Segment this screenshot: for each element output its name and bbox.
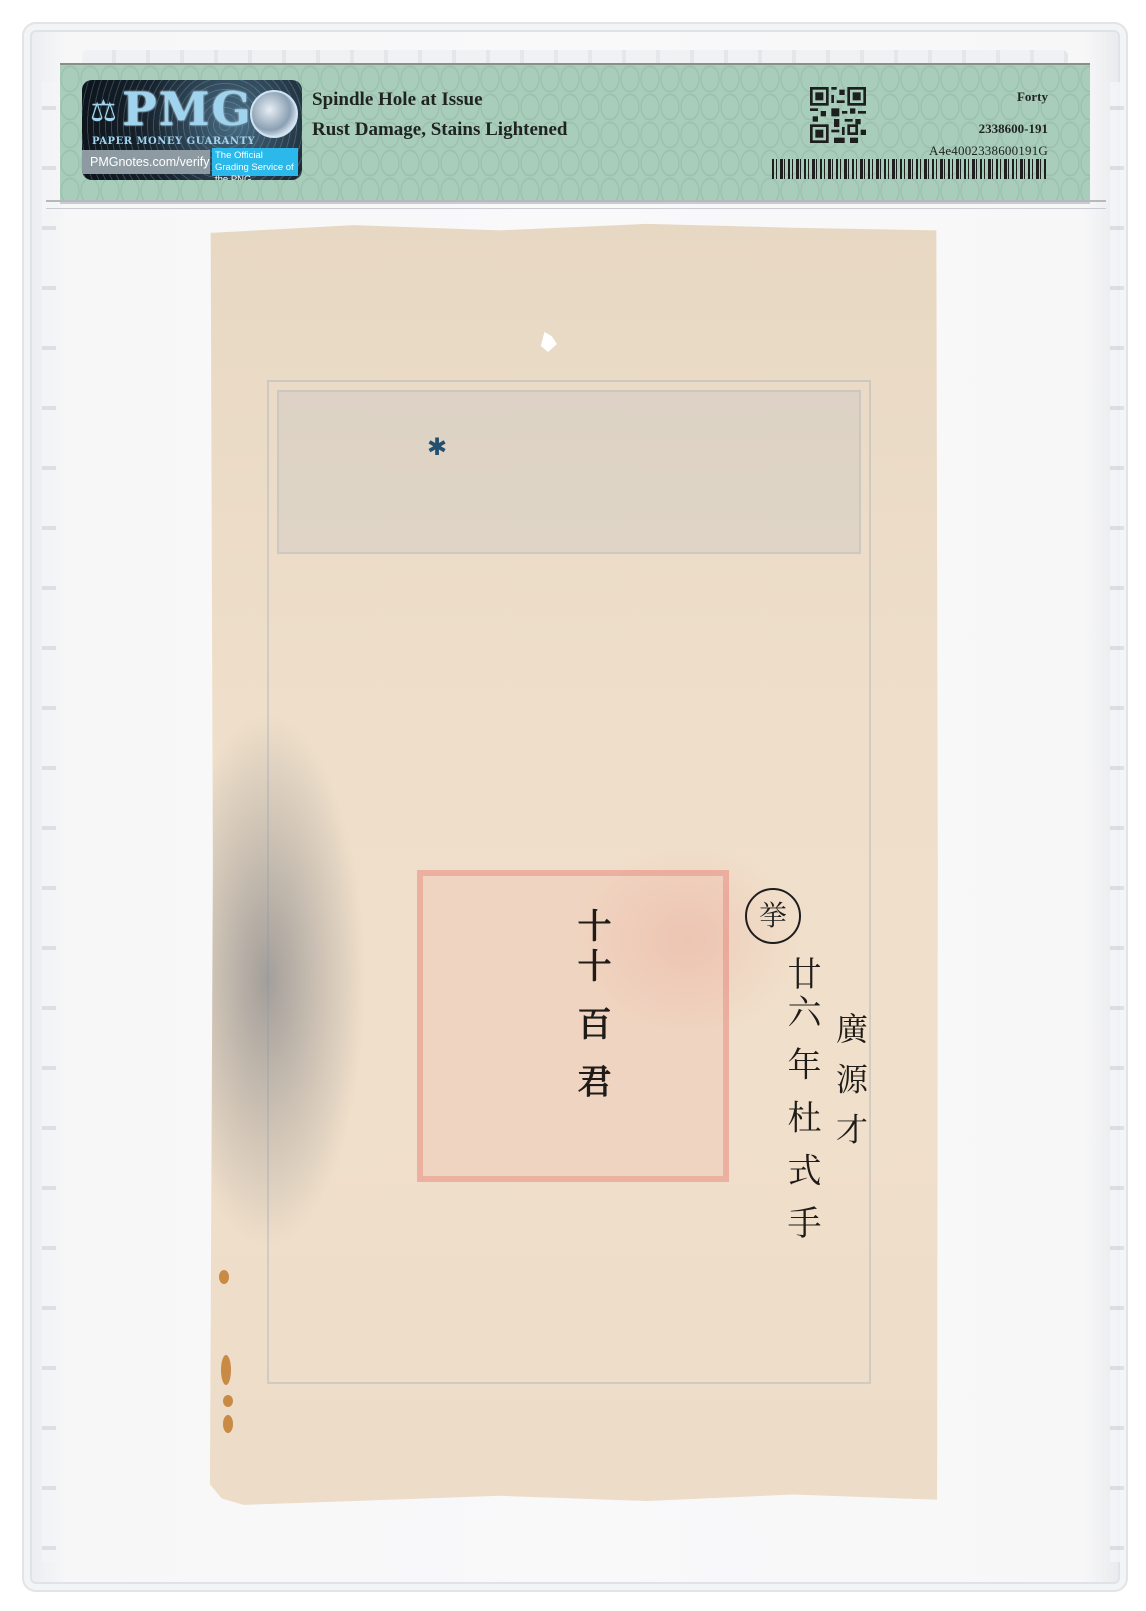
qr-code-icon — [810, 87, 866, 143]
inscription-right-1: 廿六 年 杜 式 手 — [777, 956, 826, 1243]
inscription-right-2: 廣 源 才 — [827, 1012, 873, 1148]
hologram-seal-icon — [250, 90, 298, 138]
rust-spot — [219, 1270, 229, 1284]
pmg-hologram: ⚖ PMG PAPER MONEY GUARANTY PMGnotes.com/… — [82, 80, 302, 180]
scales-icon: ⚖ — [90, 94, 117, 129]
spindle-hole — [539, 332, 557, 352]
rust-spot — [221, 1355, 231, 1385]
rust-spot — [223, 1415, 233, 1433]
comment-line: Rust Damage, Stains Lightened — [312, 115, 567, 145]
banknote: ✱ 挙 十十 百 君 廿六 年 杜 式 手 廣 源 才 — [207, 220, 940, 1510]
grade-word: Forty — [929, 89, 1048, 121]
rust-spot — [223, 1395, 233, 1407]
cert-number: 2338600-191 — [929, 121, 1048, 143]
pmg-logo: PMG — [122, 82, 253, 136]
circle-stamp: 挙 — [745, 888, 801, 944]
grading-label: ⚖ PMG PAPER MONEY GUARANTY PMGnotes.com/… — [60, 63, 1090, 202]
slab-ridge-right — [1110, 82, 1124, 1562]
comment-line: Spindle Hole at Issue — [312, 85, 567, 115]
official-service-text: The Official Grading Service of the PNG — [212, 148, 298, 176]
ink-blot-icon: ✱ — [427, 435, 451, 461]
hologram-subtitle: PAPER MONEY GUARANTY — [92, 136, 255, 147]
faded-print-header — [277, 390, 861, 554]
label-comments: Spindle Hole at Issue Rust Damage, Stain… — [312, 85, 567, 145]
verify-url: PMGnotes.com/verify — [82, 150, 210, 174]
label-divider — [46, 200, 1106, 209]
inscription-center: 十十 百 君 — [567, 908, 616, 1104]
barcode-icon — [772, 159, 1048, 179]
grade-block: Forty 2338600-191 A4e4002338600191G — [929, 89, 1048, 161]
slab-ridge-left — [42, 82, 56, 1562]
